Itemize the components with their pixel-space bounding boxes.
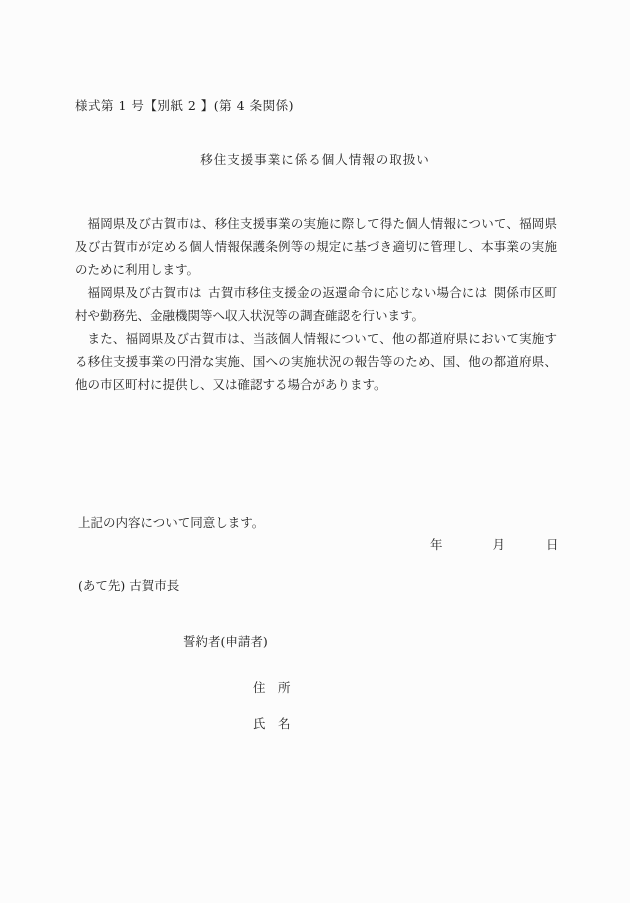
document-title: 移住支援事業に係る個人情報の取扱い xyxy=(0,150,630,168)
paragraph-personal-info-management: 福岡県及び古賀市は、移住支援事業の実施に際して得た個人情報について、福岡県及び古… xyxy=(75,212,557,281)
date-day-label: 日 xyxy=(546,537,559,552)
form-number: 様式第 1 号【別紙 2 】(第 4 条関係) xyxy=(75,96,294,114)
date-year-label: 年 xyxy=(430,537,443,552)
paragraph-repayment-investigation: 福岡県及び古賀市は 古賀市移住支援金の返還命令に応じない場合には 関係市区町村や… xyxy=(75,281,557,327)
document-page: 様式第 1 号【別紙 2 】(第 4 条関係) 移住支援事業に係る個人情報の取扱… xyxy=(0,0,630,903)
name-field-label: 氏 名 xyxy=(253,714,291,732)
declarant-applicant-label: 誓約者(申請者) xyxy=(183,632,268,650)
date-line: 年月日 xyxy=(430,535,559,553)
date-month-label: 月 xyxy=(493,537,506,552)
address-field-label: 住 所 xyxy=(253,678,291,696)
agreement-statement: 上記の内容について同意します。 xyxy=(78,513,264,531)
document-body: 福岡県及び古賀市は、移住支援事業の実施に際して得た個人情報について、福岡県及び古… xyxy=(75,212,557,396)
addressee-mayor: (あて先) 古賀市長 xyxy=(78,576,179,594)
paragraph-information-sharing: また、福岡県及び古賀市は、当該個人情報について、他の都道府県において実施する移住… xyxy=(75,327,557,396)
